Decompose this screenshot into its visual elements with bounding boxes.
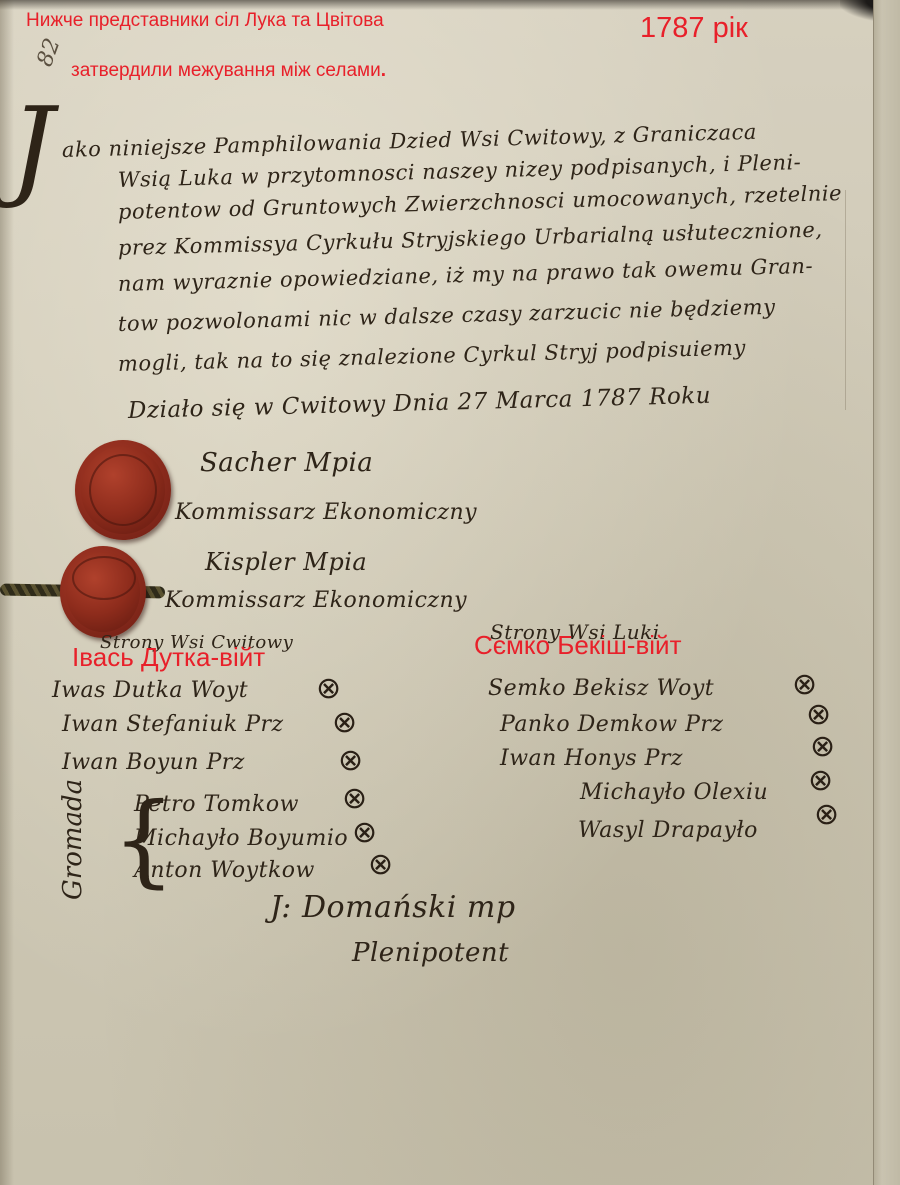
cross-mark-icon: ⊗ (316, 674, 341, 704)
cross-mark-icon: ⊗ (808, 766, 833, 796)
cross-mark-icon: ⊗ (352, 818, 377, 848)
wax-seal-lower (60, 546, 146, 638)
wax-seal-upper (75, 440, 171, 540)
body-line-5: nam wyraznie opowiedziane, iż my na praw… (118, 254, 814, 296)
page-fold (873, 0, 900, 1185)
vertical-word: Gromada (58, 779, 88, 900)
body-line-6: tow pozwolonami nic w dalsze czasy zarzu… (118, 295, 776, 336)
right-signature-4: Michayło Olexiu (580, 780, 768, 805)
manuscript-page: 82 J ako niniejsze Pamphilowania Dzied W… (0, 0, 900, 1185)
right-signature-1: Semko Bekisz Woyt (488, 676, 714, 701)
left-signature-6: Anton Woytkow (134, 858, 315, 883)
right-signature-5: Wasyl Drapayło (578, 818, 758, 843)
annotation-title-line1: Нижче представники сіл Лука та Цвітова (26, 10, 384, 32)
left-signature-2: Iwan Stefaniuk Prz (62, 712, 284, 737)
right-signature-2: Panko Demkow Prz (500, 712, 724, 737)
plenipotentiary-name: J: Domański mp (270, 890, 516, 925)
cross-mark-icon: ⊗ (332, 708, 357, 738)
official-2-title: Kommissarz Ekonomiczny (165, 588, 467, 613)
annotation-right-village-head: Сємко Бекіш-війт (474, 630, 681, 661)
official-1-name: Sacher Mpia (200, 448, 373, 478)
left-signature-1: Iwas Dutka Woyt (52, 678, 248, 703)
cross-mark-icon: ⊗ (368, 850, 393, 880)
plenipotentiary-title: Plenipotent (352, 938, 509, 968)
left-signature-3: Iwan Boyun Prz (62, 750, 245, 775)
body-line-4: prez Kommissya Cyrkułu Stryjskiego Urbar… (118, 218, 823, 260)
official-2-name: Kispler Mpia (205, 548, 367, 576)
right-signature-3: Iwan Honys Prz (500, 746, 683, 771)
decorated-initial: J (10, 92, 54, 202)
body-line-7: mogli, tak na to się znalezione Cyrkul S… (118, 336, 746, 376)
cross-mark-icon: ⊗ (810, 732, 835, 762)
annotation-left-village-head: Івась Дутка-війт (72, 642, 265, 673)
top-edge-shadow (0, 0, 900, 10)
cross-mark-icon: ⊗ (814, 800, 839, 830)
cross-mark-icon: ⊗ (792, 670, 817, 700)
annotation-title-line2-text: затвердили межування між селами (71, 60, 381, 81)
seal-emblem (72, 556, 136, 600)
official-1-title: Kommissarz Ekonomiczny (175, 500, 477, 525)
left-signature-5: Michayło Boyumio (134, 826, 348, 851)
annotation-period: . (381, 60, 386, 81)
annotation-year: 1787 рік (640, 12, 748, 45)
seal-emblem (89, 454, 157, 526)
body-line-date: Działo się w Cwitowy Dnia 27 Marca 1787 … (128, 383, 712, 424)
cross-mark-icon: ⊗ (806, 700, 831, 730)
margin-line (845, 190, 846, 410)
folio-number: 82 (32, 35, 65, 70)
cross-mark-icon: ⊗ (342, 784, 367, 814)
left-signature-4: Petro Tomkow (134, 792, 299, 817)
cross-mark-icon: ⊗ (338, 746, 363, 776)
annotation-title-line2: затвердили межування між селами. (71, 60, 386, 82)
